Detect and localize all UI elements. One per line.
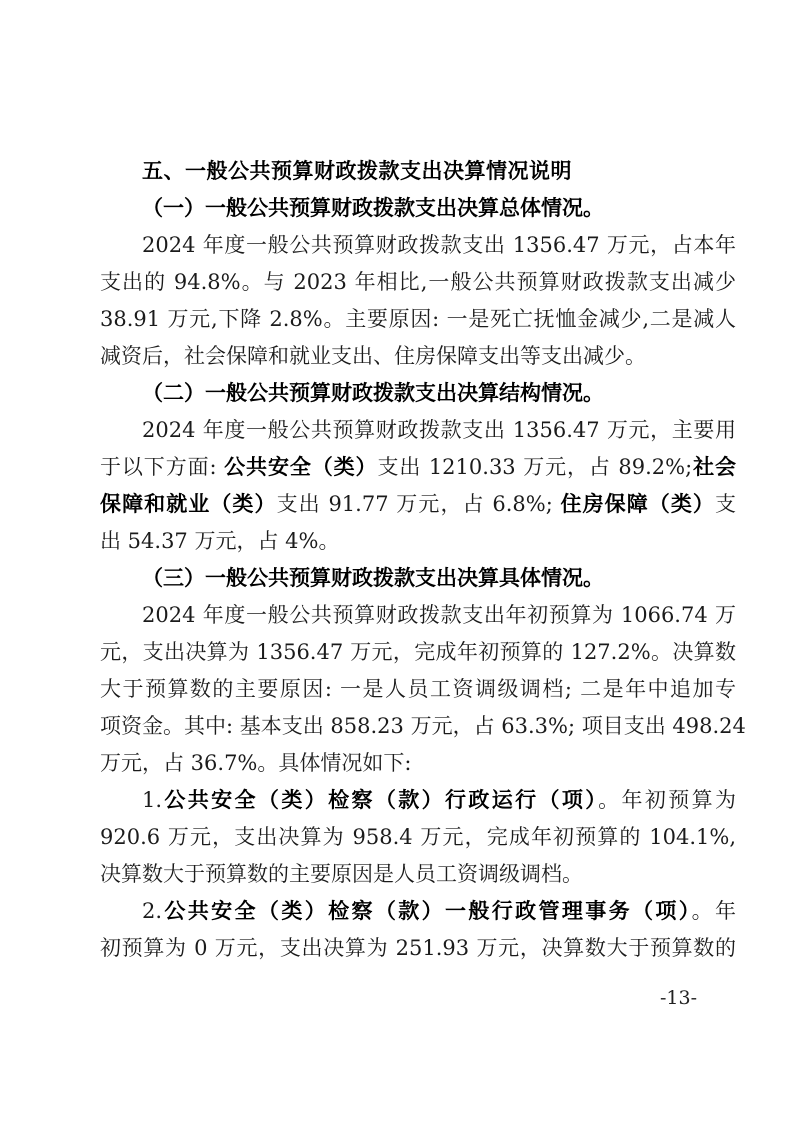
bold-text-run: （三）一般公共预算财政拨款支出决算具体情况。 <box>142 566 604 590</box>
text-run: 。年初预算为 <box>598 788 736 812</box>
text-run: 1. <box>142 788 162 812</box>
item-2-heading-line: 2.公共安全（类）检察（款）一般行政管理事务（项）。年 <box>100 893 736 930</box>
text-run: 万元，占 36.7%。具体情况如下: <box>100 751 411 775</box>
bold-text-run: （一）一般公共预算财政拨款支出决算总体情况。 <box>142 196 604 220</box>
bold-text-run: 保障和就业（类） <box>100 492 277 516</box>
text-line: 支出的 94.8%。与 2023 年相比,一般公共预算财政拨款支出减少 <box>100 264 736 301</box>
text-line: 38.91 万元,下降 2.8%。主要原因: 一是死亡抚恤金减少,二是减人 <box>100 301 736 338</box>
text-run: 支出 1210.33 万元，占 89.2%; <box>377 455 692 479</box>
bold-text-run: 公共安全（类） <box>224 455 377 479</box>
text-run: 初预算为 0 万元，支出决算为 251.93 万元，决算数大于预算数的 <box>100 936 736 960</box>
text-run: 出 54.37 万元，占 4%。 <box>100 529 339 553</box>
text-line: 于以下方面: 公共安全（类）支出 1210.33 万元，占 89.2%;社会 <box>100 449 736 486</box>
text-line: 920.6 万元，支出决算为 958.4 万元，完成年初预算的 104.1%, <box>100 819 736 856</box>
text-line: 减资后，社会保障和就业支出、住房保障支出等支出减少。 <box>100 338 736 375</box>
text-line: 决算数大于预算数的主要原因是人员工资调级调档。 <box>100 856 736 893</box>
bold-text-run: 公共安全（类）检察（款）一般行政管理事务（项） <box>162 899 692 923</box>
page-number: -13- <box>660 986 697 1010</box>
text-line: 大于预算数的主要原因: 一是人员工资调级调档; 二是年中追加专 <box>100 671 736 708</box>
bold-text-run: 五、一般公共预算财政拨款支出决算情况说明 <box>142 159 572 183</box>
text-run: 项资金。其中: 基本支出 858.23 万元，占 63.3%; 项目支出 498… <box>100 714 746 738</box>
text-run: 于以下方面: <box>100 455 224 479</box>
heading-section-5: 五、一般公共预算财政拨款支出决算情况说明 <box>100 153 736 190</box>
text-line: 2024 年度一般公共预算财政拨款支出 1356.47 万元，占本年 <box>100 227 736 264</box>
text-run: 决算数大于预算数的主要原因是人员工资调级调档。 <box>100 862 583 886</box>
text-run: 2. <box>142 899 162 923</box>
text-line: 项资金。其中: 基本支出 858.23 万元，占 63.3%; 项目支出 498… <box>100 708 736 745</box>
item-1-heading-line: 1.公共安全（类）检察（款）行政运行（项）。年初预算为 <box>100 782 736 819</box>
text-run: 支出 91.77 万元，占 6.8%; <box>277 492 561 516</box>
text-run: 大于预算数的主要原因: 一是人员工资调级调档; 二是年中追加专 <box>100 677 736 701</box>
text-run: 38.91 万元,下降 2.8%。主要原因: 一是死亡抚恤金减少,二是减人 <box>100 307 736 331</box>
text-run: 2024 年度一般公共预算财政拨款支出 1356.47 万元，主要用 <box>142 418 736 442</box>
document-page: 五、一般公共预算财政拨款支出决算情况说明（一）一般公共预算财政拨款支出决算总体情… <box>0 0 793 1122</box>
text-run: 。年 <box>692 899 736 923</box>
text-run: 支出的 94.8%。与 2023 年相比,一般公共预算财政拨款支出减少 <box>100 270 736 294</box>
bold-text-run: 社会 <box>692 455 736 479</box>
heading-subsection-3: （三）一般公共预算财政拨款支出决算具体情况。 <box>100 560 736 597</box>
heading-subsection-1: （一）一般公共预算财政拨款支出决算总体情况。 <box>100 190 736 227</box>
bold-text-run: 公共安全（类）检察（款）行政运行（项） <box>162 788 598 812</box>
text-line: 元，支出决算为 1356.47 万元，完成年初预算的 127.2%。决算数 <box>100 634 736 671</box>
bold-text-run: 住房保障（类） <box>561 492 716 516</box>
text-run: 元，支出决算为 1356.47 万元，完成年初预算的 127.2%。决算数 <box>100 640 736 664</box>
text-run: 2024 年度一般公共预算财政拨款支出 1356.47 万元，占本年 <box>142 233 736 257</box>
text-line: 万元，占 36.7%。具体情况如下: <box>100 745 736 782</box>
text-line: 2024 年度一般公共预算财政拨款支出年初预算为 1066.74 万 <box>100 597 736 634</box>
heading-subsection-2: （二）一般公共预算财政拨款支出决算结构情况。 <box>100 375 736 412</box>
bold-text-run: （二）一般公共预算财政拨款支出决算结构情况。 <box>142 381 604 405</box>
text-run: 920.6 万元，支出决算为 958.4 万元，完成年初预算的 104.1%, <box>100 825 736 849</box>
text-line: 初预算为 0 万元，支出决算为 251.93 万元，决算数大于预算数的 <box>100 930 736 967</box>
text-run: 减资后，社会保障和就业支出、住房保障支出等支出减少。 <box>100 344 646 368</box>
text-line: 2024 年度一般公共预算财政拨款支出 1356.47 万元，主要用 <box>100 412 736 449</box>
text-run: 2024 年度一般公共预算财政拨款支出年初预算为 1066.74 万 <box>142 603 736 627</box>
text-line: 保障和就业（类）支出 91.77 万元，占 6.8%; 住房保障（类）支 <box>100 486 736 523</box>
text-run: 支 <box>715 492 736 516</box>
document-body: 五、一般公共预算财政拨款支出决算情况说明（一）一般公共预算财政拨款支出决算总体情… <box>100 153 736 967</box>
text-line: 出 54.37 万元，占 4%。 <box>100 523 736 560</box>
